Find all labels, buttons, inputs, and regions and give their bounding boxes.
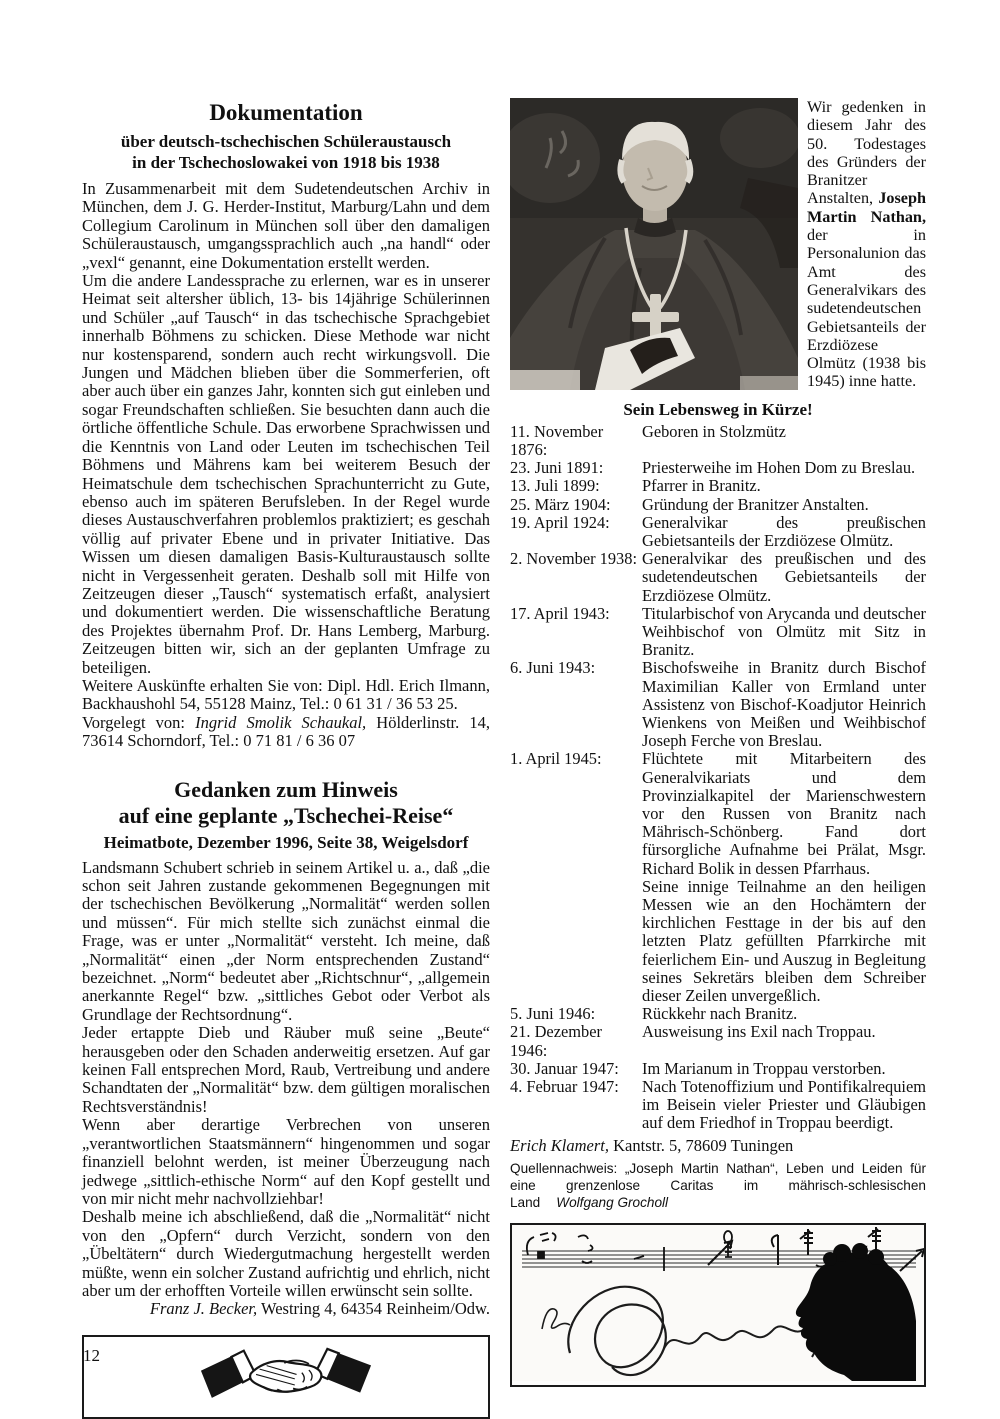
timeline-text: Bischofsweihe in Branitz durch Bischof M… [642,659,926,750]
article2-title-line1: Gedanken zum Hinweis [82,777,490,803]
signature-name: Franz J. Becker, [150,1299,257,1318]
timeline-title: Sein Lebensweg in Kürze! [510,400,926,420]
timeline-row: 6. Juni 1943:Bischofsweihe in Branitz du… [510,659,926,750]
timeline-date: 4. Februar 1947: [510,1078,642,1133]
timeline-row: 25. März 1904:Gründung der Branitzer Ans… [510,496,926,514]
article1-subtitle-line1: über deutsch-tschechischen Schüleraustau… [82,131,490,152]
timeline-text: Generalvikar des preußischen und des sud… [642,550,926,605]
article2-title-line2: auf eine geplante „Tschechei-Reise“ [82,803,490,829]
article2-paragraph: Wenn aber derartige Verbrechen von unser… [82,1116,490,1208]
timeline-date: 13. Juli 1899: [510,477,642,495]
timeline-text: Im Marianum in Troppau verstorben. [642,1060,926,1078]
timeline-row: 19. April 1924:Generalvikar des preußisc… [510,514,926,550]
intro-after: der in Personalunion das Amt des General… [807,226,926,390]
vorgelegt-name: Ingrid Smolik Schaukal, [195,713,366,732]
intro-paragraph: Wir gedenken in diesem Jahr des 50. Tode… [807,98,926,391]
timeline-text: Priesterweihe im Hohen Dom zu Breslau. [642,459,926,477]
article1-vorgelegt-line: Vorgelegt von: Ingrid Smolik Schaukal, H… [82,714,490,751]
source-author: Wolfgang Grocholl [556,1195,668,1210]
music-manuscript-image [510,1223,926,1387]
article-gedanken: Gedanken zum Hinweis auf eine geplante „… [82,777,490,1319]
article1-subtitle: über deutsch-tschechischen Schüleraustau… [82,131,490,173]
timeline-row: 13. Juli 1899:Pfarrer in Branitz. [510,477,926,495]
timeline-text: Nach Totenoffizium und Pontifikalrequiem… [642,1078,926,1133]
timeline-text: Gründung der Branitzer Anstalten. [642,496,926,514]
timeline-row: 2. November 1938:Generalvikar des preußi… [510,550,926,605]
article-dokumentation: Dokumentation über deutsch-tschechischen… [82,100,490,751]
article2-subtitle: Heimatbote, Dezember 1996, Seite 38, Wei… [82,832,490,853]
portrait-row: Wir gedenken in diesem Jahr des 50. Tode… [510,98,926,391]
article1-paragraph: Um die andere Landessprache zu erlernen,… [82,272,490,677]
signature-address: Westring 4, 64354 Reinheim/Odw. [257,1299,490,1318]
source-note: Quellennachweis: „Joseph Martin Nathan“,… [510,1160,926,1212]
timeline-date: 25. März 1904: [510,496,642,514]
timeline: 11. November 1876:Geboren in Stolzmütz 2… [510,423,926,1133]
timeline-row: 30. Januar 1947:Im Marianum in Troppau v… [510,1060,926,1078]
timeline-date: 23. Juni 1891: [510,459,642,477]
bishop-portrait-photo [510,98,798,390]
timeline-text: Titularbischof von Arycanda und deutsche… [642,605,926,660]
timeline-row: 17. April 1943:Titularbischof von Arycan… [510,605,926,660]
timeline-text: Seine innige Teilnahme an den heiligen M… [642,878,926,1005]
article2-paragraph: Landsmann Schubert schrieb in seinem Art… [82,859,490,1025]
article2-paragraph: Deshalb meine ich abschließend, daß die … [82,1208,490,1300]
article1-paragraph: Weitere Auskünfte erhalten Sie von: Dipl… [82,677,490,714]
timeline-date: 6. Juni 1943: [510,659,642,750]
timeline-text: Geboren in Stolzmütz [642,423,926,459]
timeline-date: 2. November 1938: [510,550,642,605]
left-column: Dokumentation über deutsch-tschechischen… [82,100,490,1419]
timeline-date: 11. November 1876: [510,423,642,459]
timeline-date [510,878,642,1005]
timeline-date: 17. April 1943: [510,605,642,660]
handshake-icon [198,1341,374,1412]
timeline-row: 1. April 1945:Flüchtete mit Mitarbeitern… [510,750,926,877]
contact-name: Erich Klamert, [510,1136,609,1155]
article1-paragraph: In Zusammenarbeit mit dem Sudetendeutsch… [82,180,490,272]
page-number: 12 [83,1346,100,1366]
timeline-date: 19. April 1924: [510,514,642,550]
timeline-date: 1. April 1945: [510,750,642,877]
handshake-image-box [82,1335,490,1419]
timeline-text: Ausweisung ins Exil nach Troppau. [642,1023,926,1059]
timeline-text: Rückkehr nach Branitz. [642,1005,926,1023]
timeline-row: 11. November 1876:Geboren in Stolzmütz [510,423,926,459]
timeline-row-continuation: Seine innige Teilnahme an den heiligen M… [510,878,926,1005]
timeline-date: 5. Juni 1946: [510,1005,642,1023]
timeline-text: Pfarrer in Branitz. [642,477,926,495]
article2-paragraph: Jeder ertappte Dieb und Räuber muß seine… [82,1024,490,1116]
timeline-text: Generalvikar des preußischen Gebietsante… [642,514,926,550]
timeline-row: 5. Juni 1946:Rückkehr nach Branitz. [510,1005,926,1023]
vorgelegt-prefix: Vorgelegt von: [82,713,195,732]
timeline-date: 30. Januar 1947: [510,1060,642,1078]
timeline-row: 23. Juni 1891:Priesterweihe im Hohen Dom… [510,459,926,477]
timeline-text: Flüchtete mit Mitarbeitern des Generalvi… [642,750,926,877]
article1-subtitle-line2: in der Tschechoslowakei von 1918 bis 193… [82,152,490,173]
timeline-row: 4. Februar 1947:Nach Totenoffizium und P… [510,1078,926,1133]
right-column: Wir gedenken in diesem Jahr des 50. Tode… [510,98,926,1387]
timeline-row: 21. Dezember 1946:Ausweisung ins Exil na… [510,1023,926,1059]
contact-line: Erich Klamert, Kantstr. 5, 78609 Tuninge… [510,1136,926,1155]
timeline-date: 21. Dezember 1946: [510,1023,642,1059]
contact-address: Kantstr. 5, 78609 Tuningen [609,1136,793,1155]
article1-title: Dokumentation [82,100,490,126]
article2-signature: Franz J. Becker, Westring 4, 64354 Reinh… [82,1300,490,1318]
